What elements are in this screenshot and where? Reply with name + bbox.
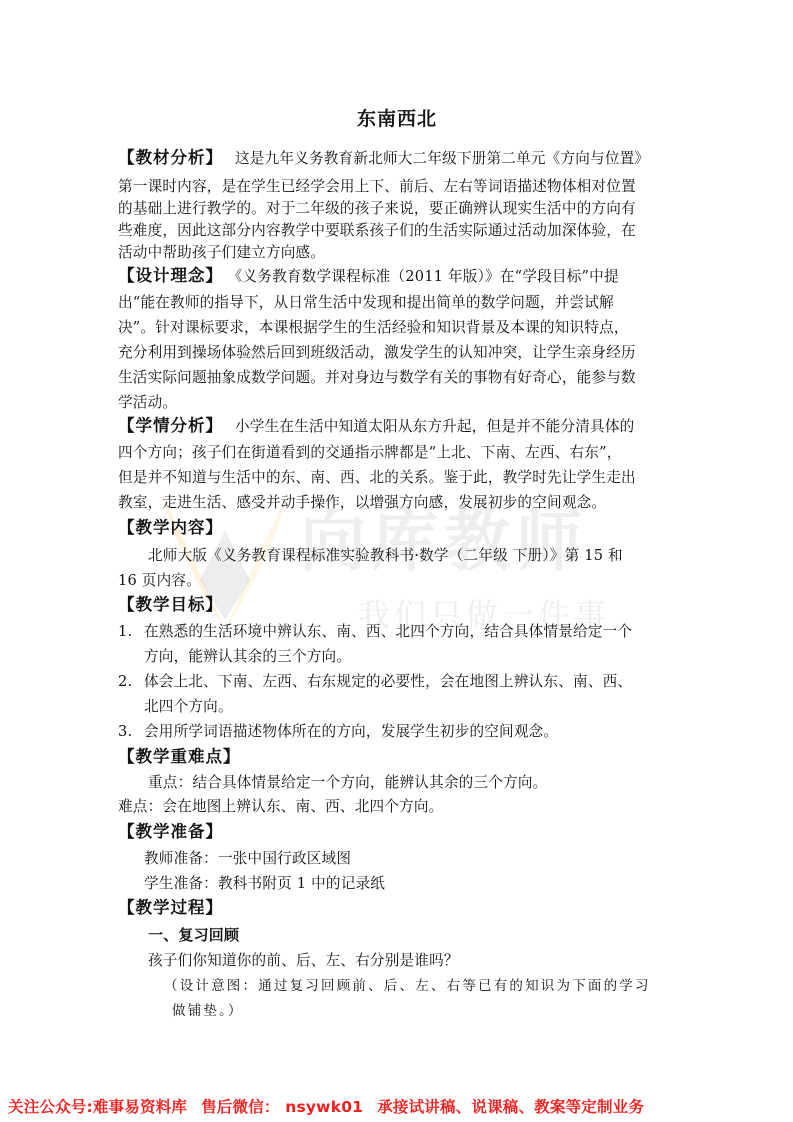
review-question-text: 孩子们你知道你的前、后、左、右分别是谁吗？ bbox=[148, 951, 459, 971]
design-concept-line-1: 【设计理念】《义务教育数学课程标准（2011 年版）》在“学段目标”中提 bbox=[118, 266, 619, 287]
goal-text: 北四个方向。 bbox=[144, 697, 233, 717]
teacher-preparation-text: 教师准备：一张中国行政区域图 bbox=[144, 849, 351, 869]
section-heading-teaching-content: 【教学内容】 bbox=[118, 518, 223, 538]
section-heading-key-points: 【教学重难点】 bbox=[118, 747, 241, 767]
paragraph-text: 小学生在生活中知道太阳从东方升起，但是并不能分清具体的 bbox=[235, 418, 634, 435]
paragraph-text: 活动中帮助孩子们建立方向感。 bbox=[118, 243, 325, 263]
footer-follow-text: 关注公众号:难事易资料库 bbox=[8, 1098, 187, 1116]
design-intent-note: 做铺垫。） bbox=[172, 1001, 244, 1021]
paragraph-text: 学活动。 bbox=[118, 393, 177, 413]
section-heading-design-concept: 【设计理念】 bbox=[118, 266, 223, 285]
footer-banner: 关注公众号:难事易资料库售后微信： nsywk01承接试讲稿、说课稿、教案等定制… bbox=[0, 1095, 793, 1117]
goal-number: 1. bbox=[118, 622, 144, 642]
paragraph-text: 些难度，因此这部分内容教学中要联系孩子们的生活实际通过活动加深体验，在 bbox=[118, 221, 636, 241]
section-heading-teaching-goals: 【教学目标】 bbox=[118, 595, 223, 615]
paragraph-text: 《义务教育数学课程标准（2011 年版）》在“学段目标”中提 bbox=[235, 268, 619, 285]
design-intent-note: （设计意图：通过复习回顾前、后、左、右等已有的知识为下面的学习 bbox=[164, 976, 651, 996]
student-preparation-text: 学生准备：教科书附页 1 中的记录纸 bbox=[144, 874, 385, 894]
footer-wechat-text: 售后微信： nsywk01 bbox=[201, 1098, 363, 1116]
paragraph-text: 这是九年义务教育新北师大二年级下册第二单元《方向与位置》 bbox=[235, 150, 649, 167]
difficult-point-text: 难点：会在地图上辨认东、南、西、北四个方向。 bbox=[118, 797, 443, 817]
key-point-text: 重点：结合具体情景给定一个方向，能辨认其余的三个方向。 bbox=[148, 773, 547, 793]
goal-text: 方向，能辨认其余的三个方向。 bbox=[144, 647, 351, 667]
paragraph-text: 第一课时内容，是在学生已经学会用上下、前后、左右等词语描述物体相对位置 bbox=[118, 177, 636, 197]
paragraph-text: 四个方向；孩子们在街道看到的交通指示牌都是“上北、下南、左西、右东”， bbox=[118, 443, 622, 463]
paragraph-text: 生活实际问题抽象成数学问题。并对身边与数学有关的事物有好奇心，能参与数 bbox=[118, 368, 636, 388]
paragraph-text: 出“能在教师的指导下，从日常生活中发现和提出简单的数学问题，并尝试解 bbox=[118, 293, 614, 313]
goal-item-1: 1.在熟悉的生活环境中辨认东、南、西、北四个方向，结合具体情景给定一个 bbox=[118, 622, 632, 642]
goal-item-3: 3.会用所学词语描述物体所在的方向，发展学生初步的空间观念。 bbox=[118, 722, 558, 742]
paragraph-text: 北师大版《义务教育课程标准实验教科书·数学（二年级 下册）》第 15 和 bbox=[148, 546, 623, 566]
section-heading-material-analysis: 【教材分析】 bbox=[118, 148, 223, 167]
goal-item-2: 2.体会上北、下南、左西、右东规定的必要性，会在地图上辨认东、南、西、 bbox=[118, 672, 632, 692]
goal-number: 2. bbox=[118, 672, 144, 692]
goal-text: 体会上北、下南、左西、右东规定的必要性，会在地图上辨认东、南、西、 bbox=[144, 673, 632, 690]
paragraph-text: 但是并不知道与生活中的东、南、西、北的关系。鉴于此，教学时先让学生走出 bbox=[118, 468, 636, 488]
paragraph-text: 16 页内容。 bbox=[118, 571, 201, 591]
page-title: 东南西北 bbox=[118, 104, 676, 131]
material-analysis-line-1: 【教材分析】这是九年义务教育新北师大二年级下册第二单元《方向与位置》 bbox=[118, 148, 649, 169]
paragraph-text: 充分利用到操场体验然后回到班级活动，激发学生的认知冲突，让学生亲身经历 bbox=[118, 343, 636, 363]
goal-number: 3. bbox=[118, 722, 144, 742]
goal-text: 在熟悉的生活环境中辨认东、南、西、北四个方向，结合具体情景给定一个 bbox=[144, 623, 632, 640]
footer-service-text: 承接试讲稿、说课稿、教案等定制业务 bbox=[377, 1098, 644, 1116]
paragraph-text: 教室，走进生活、感受并动手操作，以增强方向感，发展初步的空间观念。 bbox=[118, 493, 606, 513]
step-title-review: 一、复习回顾 bbox=[148, 925, 239, 945]
section-heading-process: 【教学过程】 bbox=[118, 898, 223, 918]
goal-text: 会用所学词语描述物体所在的方向，发展学生初步的空间观念。 bbox=[144, 723, 558, 740]
student-analysis-line-1: 【学情分析】小学生在生活中知道太阳从东方升起，但是并不能分清具体的 bbox=[118, 416, 634, 437]
section-heading-preparation: 【教学准备】 bbox=[118, 822, 223, 842]
paragraph-text: 的基础上进行教学的。对于二年级的孩子来说，要正确辨认现实生活中的方向有 bbox=[118, 199, 636, 219]
paragraph-text: 决”。针对课标要求，本课根据学生的生活经验和知识背景及本课的知识特点， bbox=[118, 318, 629, 338]
section-heading-student-analysis: 【学情分析】 bbox=[118, 416, 223, 435]
